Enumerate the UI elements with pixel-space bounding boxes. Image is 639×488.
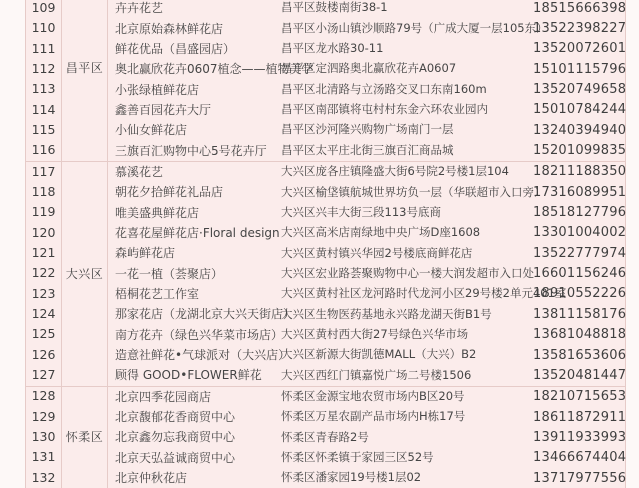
shop-name-cell: 北京原始森林鲜花店 — [108, 18, 280, 38]
row-number-cell: 122 — [26, 263, 62, 283]
address-cell: 大兴区黄村社区龙河路时代龙河小区29号楼2单元401室 — [280, 284, 533, 304]
district-cell: 昌平区 — [62, 0, 108, 161]
address-cell: 怀柔区万星农副产品市场内H栋17号 — [280, 407, 533, 427]
row-number-cell: 129 — [26, 407, 62, 427]
row-number-cell: 120 — [26, 223, 62, 243]
row-number-cell: 124 — [26, 304, 62, 324]
address-cell: 昌平区北清路与立汤路交叉口东南160m — [280, 79, 533, 99]
row-number-cell: 128 — [26, 387, 62, 407]
phone-cell: 13520072601 — [533, 39, 625, 59]
row-number-cell: 112 — [26, 59, 62, 79]
shop-name-cell: 花喜花屋鲜花店·Floral design — [108, 223, 280, 243]
shop-name-cell: 北京天弘益诚商贸中心 — [108, 448, 280, 468]
address-cell: 大兴区生物医药基地永兴路龙湖天街B1号 — [280, 304, 533, 324]
phone-cell: 18910552226 — [533, 284, 625, 304]
shop-name-cell: 南方花卉（绿色兴华菜市场店） — [108, 325, 280, 345]
shop-name-cell: 奥北赢欣花卉0607植念——植物美学 — [108, 59, 280, 79]
phone-cell: 13581653606 — [533, 345, 625, 365]
address-cell: 昌平区小汤山镇沙顺路79号（广成大厦一层105东） — [280, 18, 533, 38]
phone-cell: 18210715653 — [533, 387, 625, 407]
row-number-cell: 115 — [26, 120, 62, 140]
district-cell: 怀柔区 — [62, 387, 108, 481]
address-cell: 大兴区兴丰大街三段113号底商 — [280, 202, 533, 222]
district-label: 昌平区 — [66, 62, 104, 74]
phone-cell: 13681048818 — [533, 325, 625, 345]
address-cell: 昌平区鼓楼南街38-1 — [280, 0, 533, 18]
shop-name-cell: 小仙女鲜花店 — [108, 120, 280, 140]
row-number-cell: 127 — [26, 365, 62, 385]
shop-name-cell: 鲜花优品（昌盛园店） — [108, 39, 280, 59]
district-label: 怀柔区 — [66, 431, 104, 443]
district-group: 怀柔区 128 北京四季花园商店 怀柔区金源宝地农贸市场内B区20号 18210… — [26, 387, 625, 481]
district-group: 昌平区 109 卉卉花艺 昌平区鼓楼南街38-1 18515666398 110… — [26, 0, 625, 162]
phone-cell: 13301004002 — [533, 223, 625, 243]
phone-cell: 18518127796 — [533, 202, 625, 222]
shop-name-cell: 北京馥郁花香商贸中心 — [108, 407, 280, 427]
phone-cell: 13522398227 — [533, 18, 625, 38]
phone-cell: 13811158176 — [533, 304, 625, 324]
row-number-cell: 123 — [26, 284, 62, 304]
shop-name-cell: 北京仲秋花店 — [108, 468, 280, 481]
shop-name-cell: 慕溪花艺 — [108, 162, 280, 182]
phone-cell: 18515666398 — [533, 0, 625, 18]
shop-name-cell: 北京四季花园商店 — [108, 387, 280, 407]
address-cell: 怀柔区潘家园19号楼1层02 — [280, 468, 533, 481]
row-number-cell: 113 — [26, 79, 62, 99]
row-number-cell: 132 — [26, 468, 62, 481]
row-number-cell: 109 — [26, 0, 62, 18]
address-cell: 大兴区榆垡镇航城世界坊负一层（华联超市入口旁） — [280, 182, 533, 202]
row-number-cell: 130 — [26, 427, 62, 447]
address-cell: 昌平区龙水路30-11 — [280, 39, 533, 59]
address-cell: 怀柔区青春路2号 — [280, 427, 533, 447]
phone-cell: 13520481447 — [533, 365, 625, 385]
row-number-cell: 116 — [26, 140, 62, 160]
address-cell: 昌平区太平庄北街三旗百汇商品城 — [280, 140, 533, 160]
address-cell: 大兴区新源大街凯德MALL（大兴）B2 — [280, 345, 533, 365]
row-number-cell: 117 — [26, 162, 62, 182]
address-cell: 大兴区黄村镇兴华园2号楼底商鲜花店 — [280, 243, 533, 263]
phone-cell: 13240394940 — [533, 120, 625, 140]
phone-cell: 17316089951 — [533, 182, 625, 202]
row-number-cell: 110 — [26, 18, 62, 38]
phone-cell: 13522777974 — [533, 243, 625, 263]
address-cell: 大兴区黄村西大街27号绿色兴华市场 — [280, 325, 533, 345]
address-cell: 大兴区庞各庄镇隆盛大街6号院2号楼1层104 — [280, 162, 533, 182]
address-cell: 大兴区西红门镇嘉悦广场二号楼1506 — [280, 365, 533, 385]
phone-cell: 13911933993 — [533, 427, 625, 447]
shop-name-cell: 朝花夕拾鲜花礼品店 — [108, 182, 280, 202]
address-cell: 昌平区沙河隆兴购物广场南门一层 — [280, 120, 533, 140]
row-number-cell: 118 — [26, 182, 62, 202]
shop-name-cell: 造意社鲜花•气球派对（大兴店） — [108, 345, 280, 365]
phone-cell: 13520749658 — [533, 79, 625, 99]
phone-cell: 15010784244 — [533, 100, 625, 120]
row-number-cell: 114 — [26, 100, 62, 120]
address-cell: 昌平区南邵镇将屯村村东金六环农业园内 — [280, 100, 533, 120]
address-cell: 昌平区定泗路奥北赢欣花卉A0607 — [280, 59, 533, 79]
shop-name-cell: 森屿鲜花店 — [108, 243, 280, 263]
row-number-cell: 126 — [26, 345, 62, 365]
shop-name-cell: 三旗百汇购物中心5号花卉厅 — [108, 140, 280, 160]
address-cell: 怀柔区怀柔镇于家园三区52号 — [280, 448, 533, 468]
shop-name-cell: 小张绿植鲜花店 — [108, 79, 280, 99]
flower-shop-table: 昌平区 109 卉卉花艺 昌平区鼓楼南街38-1 18515666398 110… — [25, 0, 626, 481]
phone-cell: 15101115796 — [533, 59, 625, 79]
phone-cell: 15201099835 — [533, 140, 625, 160]
district-cell: 大兴区 — [62, 162, 108, 386]
phone-cell: 18211188350 — [533, 162, 625, 182]
address-cell: 大兴区高米店南绿地中央广场D座1608 — [280, 223, 533, 243]
address-cell: 怀柔区金源宝地农贸市场内B区20号 — [280, 387, 533, 407]
row-number-cell: 125 — [26, 325, 62, 345]
shop-name-cell: 那家花店（龙湖北京大兴天街店） — [108, 304, 280, 324]
shop-name-cell: 顾得 GOOD•FLOWER鲜花 — [108, 365, 280, 385]
shop-name-cell: 唯美盛典鲜花店 — [108, 202, 280, 222]
phone-cell: 13466674404 — [533, 448, 625, 468]
row-number-cell: 121 — [26, 243, 62, 263]
shop-name-cell: 卉卉花艺 — [108, 0, 280, 18]
district-label: 大兴区 — [66, 268, 104, 280]
shop-name-cell: 梧桐花艺工作室 — [108, 284, 280, 304]
row-number-cell: 131 — [26, 448, 62, 468]
row-number-cell: 111 — [26, 39, 62, 59]
row-number-cell: 119 — [26, 202, 62, 222]
shop-name-cell: 一花一植（荟聚店） — [108, 263, 280, 283]
phone-cell: 13717977556 — [533, 468, 625, 481]
shop-name-cell: 北京鑫勿忘我商贸中心 — [108, 427, 280, 447]
phone-cell: 16601156246 — [533, 263, 625, 283]
shop-name-cell: 鑫善百园花卉大厅 — [108, 100, 280, 120]
phone-cell: 18611872911 — [533, 407, 625, 427]
address-cell: 大兴区宏业路荟聚购物中心一楼大润发超市入口处 — [280, 263, 533, 283]
district-group: 大兴区 117 慕溪花艺 大兴区庞各庄镇隆盛大街6号院2号楼1层104 1821… — [26, 162, 625, 387]
